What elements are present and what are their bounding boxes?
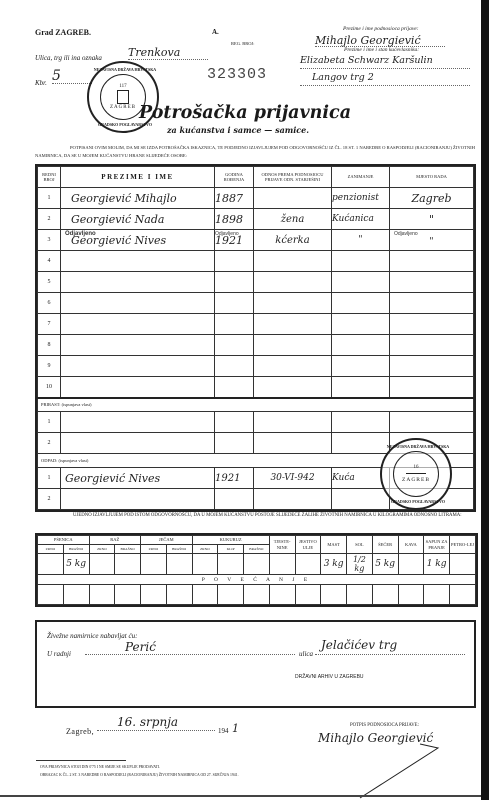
street-field: Trenkova bbox=[128, 46, 208, 60]
supply-value: 1/2 kg bbox=[347, 554, 373, 575]
workplace-cell: " Odjavljeno bbox=[390, 230, 474, 251]
sub-header: ZRNO bbox=[89, 545, 115, 554]
deregistered-stamp: Odjavljeno bbox=[394, 231, 418, 237]
prirast-label: PRIRAST: (ispunjava vlast) bbox=[38, 398, 474, 412]
archive-stamp: DRŽAVNI ARHIV U ZAGREBU bbox=[295, 674, 364, 680]
street-label: Ulica, trg ili ina oznaka bbox=[35, 54, 102, 62]
col-pasta: TJESTE-NINE bbox=[269, 536, 295, 554]
page-bottom-edge bbox=[0, 795, 481, 797]
supply-value bbox=[295, 554, 321, 575]
house-number-field: 5 bbox=[52, 68, 92, 84]
supply-value bbox=[89, 554, 115, 575]
col-petroleum: PETRO-LEJ bbox=[450, 536, 476, 554]
shop-field: Perić bbox=[85, 640, 295, 655]
row-number: 5 bbox=[38, 272, 61, 293]
owner-field-line1: Elizabeta Schwarz Karšulin bbox=[300, 55, 470, 69]
increase-row bbox=[38, 585, 476, 605]
col-header-name: PREZIME I IME bbox=[61, 167, 215, 188]
table-row: 1 Georgiević Mihajlo 1887 penzionist Zag… bbox=[38, 188, 474, 209]
relation bbox=[254, 188, 332, 209]
supply-value: 3 kg bbox=[321, 554, 347, 575]
stamp-city: ZAGREB bbox=[110, 105, 136, 110]
price-note: OVA PRIJAVNICA STOJI DIN 0'75 I NE SMIJE… bbox=[40, 765, 160, 769]
supply-value bbox=[115, 554, 141, 575]
table-row: 1 bbox=[38, 412, 474, 433]
stamp-bottom-text: GRADSKO POGLAVARSTVO bbox=[382, 499, 454, 504]
col-group-rye: RAŽ bbox=[89, 536, 141, 545]
row-number: 10 bbox=[38, 377, 61, 398]
sub-header: BRAŠNO bbox=[115, 545, 141, 554]
table-row: 4 bbox=[38, 251, 474, 272]
row-number: 8 bbox=[38, 335, 61, 356]
table-row: 2 Georgiević Nada 1898 žena Kućanica " bbox=[38, 209, 474, 230]
supply-value: 5 kg bbox=[63, 554, 89, 575]
birth-year: 1921 bbox=[215, 468, 254, 489]
col-oil: JESTIVO ULJE bbox=[295, 536, 321, 554]
sub-header: ZRNO bbox=[192, 545, 218, 554]
stamp-number: 16 bbox=[414, 465, 419, 470]
row-number: 2 bbox=[38, 489, 61, 510]
form-subtitle: za kućanstva i samce — samice. bbox=[167, 125, 309, 135]
col-soap: SAPUN ZA PRANJE bbox=[424, 536, 450, 554]
supplies-table: PŠENICA RAŽ JEČAM KUKURUZ TJESTE-NINE JE… bbox=[35, 533, 478, 607]
birth-year-cell: 1921 Odjavljeno bbox=[215, 230, 254, 251]
sub-header: BRAŠNO bbox=[244, 545, 270, 554]
deregistered-stamp: Odjavljeno bbox=[65, 231, 96, 237]
col-header-relation: ODNOS PREMA PODNOSIOCU PRIJAVE ODN. STAR… bbox=[254, 167, 332, 188]
supply-value bbox=[398, 554, 424, 575]
stamp-outer-text: NEZAVISNA DRŽAVA HRVATSKA bbox=[89, 67, 161, 72]
sub-header: KLIP bbox=[218, 545, 244, 554]
year-prefix: 194 bbox=[218, 727, 229, 735]
table-row: 9 bbox=[38, 356, 474, 377]
sub-header: ZRNO bbox=[38, 545, 64, 554]
supply-value bbox=[192, 554, 218, 575]
col-header-occupation: ZANIMANJE bbox=[332, 167, 390, 188]
shop-street-field: Jelačićev trg bbox=[315, 638, 465, 655]
sub-header: BRAŠNO bbox=[166, 545, 192, 554]
row-number: 2 bbox=[38, 209, 61, 230]
supply-value: 1 kg bbox=[424, 554, 450, 575]
person-name-cell: Georgiević Nives Odjavljeno bbox=[61, 230, 215, 251]
birth-year: 1887 bbox=[215, 188, 254, 209]
applicant-label: Prezime i ime podnosioca prijave: bbox=[343, 26, 419, 32]
form-letter: A. bbox=[212, 28, 219, 36]
reg-label: REG. BROJ: bbox=[231, 41, 255, 46]
deregistered-stamp: Odjavljeno bbox=[215, 231, 239, 237]
person-name: Georgiević Mihajlo bbox=[61, 188, 215, 209]
col-header-workplace: MJESTO RADA bbox=[390, 167, 474, 188]
deregistration-date: 30-VI-942 bbox=[254, 468, 332, 489]
col-header-no: REDNI BROJ bbox=[38, 167, 61, 188]
form-title: Potrošačka prijavnica bbox=[139, 103, 351, 123]
row-number: 6 bbox=[38, 293, 61, 314]
supplies-values-row: 5 kg 3 kg 1/2 kg 5 kg 1 kg bbox=[38, 554, 476, 575]
supply-value bbox=[38, 554, 64, 575]
supply-value bbox=[166, 554, 192, 575]
stamp-outer-text: NEZAVISNA DRŽAVA HRVATSKA bbox=[382, 444, 454, 449]
shop-intro-label: Živežne namirnice nabavljat ću: bbox=[47, 632, 137, 640]
supply-value bbox=[269, 554, 295, 575]
stamp-city: ZAGREB bbox=[402, 477, 430, 483]
signature-flourish bbox=[340, 740, 440, 800]
table-row: 7 bbox=[38, 314, 474, 335]
supply-value bbox=[450, 554, 476, 575]
workplace: " bbox=[390, 209, 474, 230]
owner-label: Prezime i ime i stan kućevlasnika: bbox=[344, 47, 419, 53]
signature-label: POTPIS PODNOSIOCA PRIJAVE: bbox=[350, 723, 419, 728]
city-heading: Grad ZAGREB. bbox=[35, 28, 91, 37]
supply-value bbox=[218, 554, 244, 575]
workplace: " bbox=[429, 237, 433, 247]
occupation: penzionist bbox=[332, 188, 390, 209]
owner-field-line2: Langov trg 2 bbox=[300, 72, 470, 86]
form-reference-note: OBRAZAC K ČL. 2 ST. 3 NAREDBE O RASPODJE… bbox=[40, 773, 239, 777]
supply-value: 5 kg bbox=[372, 554, 398, 575]
scan-edge bbox=[481, 0, 489, 800]
row-number: 1 bbox=[38, 412, 61, 433]
col-lard: MAST bbox=[321, 536, 347, 554]
col-header-birth-year: GODINA ROĐENJA bbox=[215, 167, 254, 188]
col-group-corn: KUKURUZ bbox=[192, 536, 269, 545]
date-field: 16. srpnja bbox=[97, 715, 215, 731]
birth-year: 1898 bbox=[215, 209, 254, 230]
supply-value bbox=[244, 554, 270, 575]
shop-street-label: ulica bbox=[299, 650, 313, 658]
row-number: 1 bbox=[38, 188, 61, 209]
sub-header: ZRNO bbox=[141, 545, 167, 554]
shop-label: U radnji bbox=[47, 650, 71, 658]
footnote-divider bbox=[36, 760, 126, 761]
stamp-number: 117 bbox=[119, 84, 126, 89]
applicant-field: Mihajlo Georgiević bbox=[315, 34, 445, 47]
increase-label: P O V E Ć A N J E bbox=[38, 575, 476, 585]
table-row: 8 bbox=[38, 335, 474, 356]
table-row: 6 bbox=[38, 293, 474, 314]
official-stamp-bottom: 16 ZAGREB NEZAVISNA DRŽAVA HRVATSKA GRAD… bbox=[380, 438, 452, 510]
occupation: Kućanica bbox=[332, 209, 390, 230]
workplace: Zagreb bbox=[390, 188, 474, 209]
occupation: " bbox=[332, 230, 390, 251]
person-name: Georgiević Nada bbox=[61, 209, 215, 230]
table-row: 10 bbox=[38, 377, 474, 398]
intro-text: POTPISANI OVIM MOLIM, DA MI SE IZDA POTR… bbox=[35, 144, 475, 160]
place-label: Zagreb, bbox=[66, 727, 94, 736]
row-number: 7 bbox=[38, 314, 61, 335]
row-number: 4 bbox=[38, 251, 61, 272]
serial-number: 323303 bbox=[207, 66, 267, 83]
house-number-label: Kbr. bbox=[35, 79, 47, 87]
sub-header: BRAŠNO bbox=[63, 545, 89, 554]
row-number: 3 bbox=[38, 230, 61, 251]
col-salt: SOL bbox=[347, 536, 373, 554]
table-row: 5 bbox=[38, 272, 474, 293]
year-suffix: 1 bbox=[232, 722, 239, 735]
table-row: 3 Georgiević Nives Odjavljeno 1921 Odjav… bbox=[38, 230, 474, 251]
col-coffee: KAVA bbox=[398, 536, 424, 554]
col-sugar: ŠEĆER bbox=[372, 536, 398, 554]
col-group-barley: JEČAM bbox=[141, 536, 193, 545]
relation: kćerka bbox=[254, 230, 332, 251]
col-group-wheat: PŠENICA bbox=[38, 536, 90, 545]
row-number: 9 bbox=[38, 356, 61, 377]
supply-value bbox=[141, 554, 167, 575]
person-name: Georgiević Nives bbox=[61, 468, 215, 489]
relation: žena bbox=[254, 209, 332, 230]
shop-box: Živežne namirnice nabavljat ću: U radnji… bbox=[35, 620, 476, 708]
row-number: 2 bbox=[38, 433, 61, 454]
row-number: 1 bbox=[38, 468, 61, 489]
coat-of-arms-icon bbox=[117, 90, 129, 104]
stamp-signature-line bbox=[406, 473, 426, 474]
supplies-text: UJEDNO IZJAVLJUJEM POD ISTOM ODGOVORNOŠĆ… bbox=[35, 512, 478, 520]
